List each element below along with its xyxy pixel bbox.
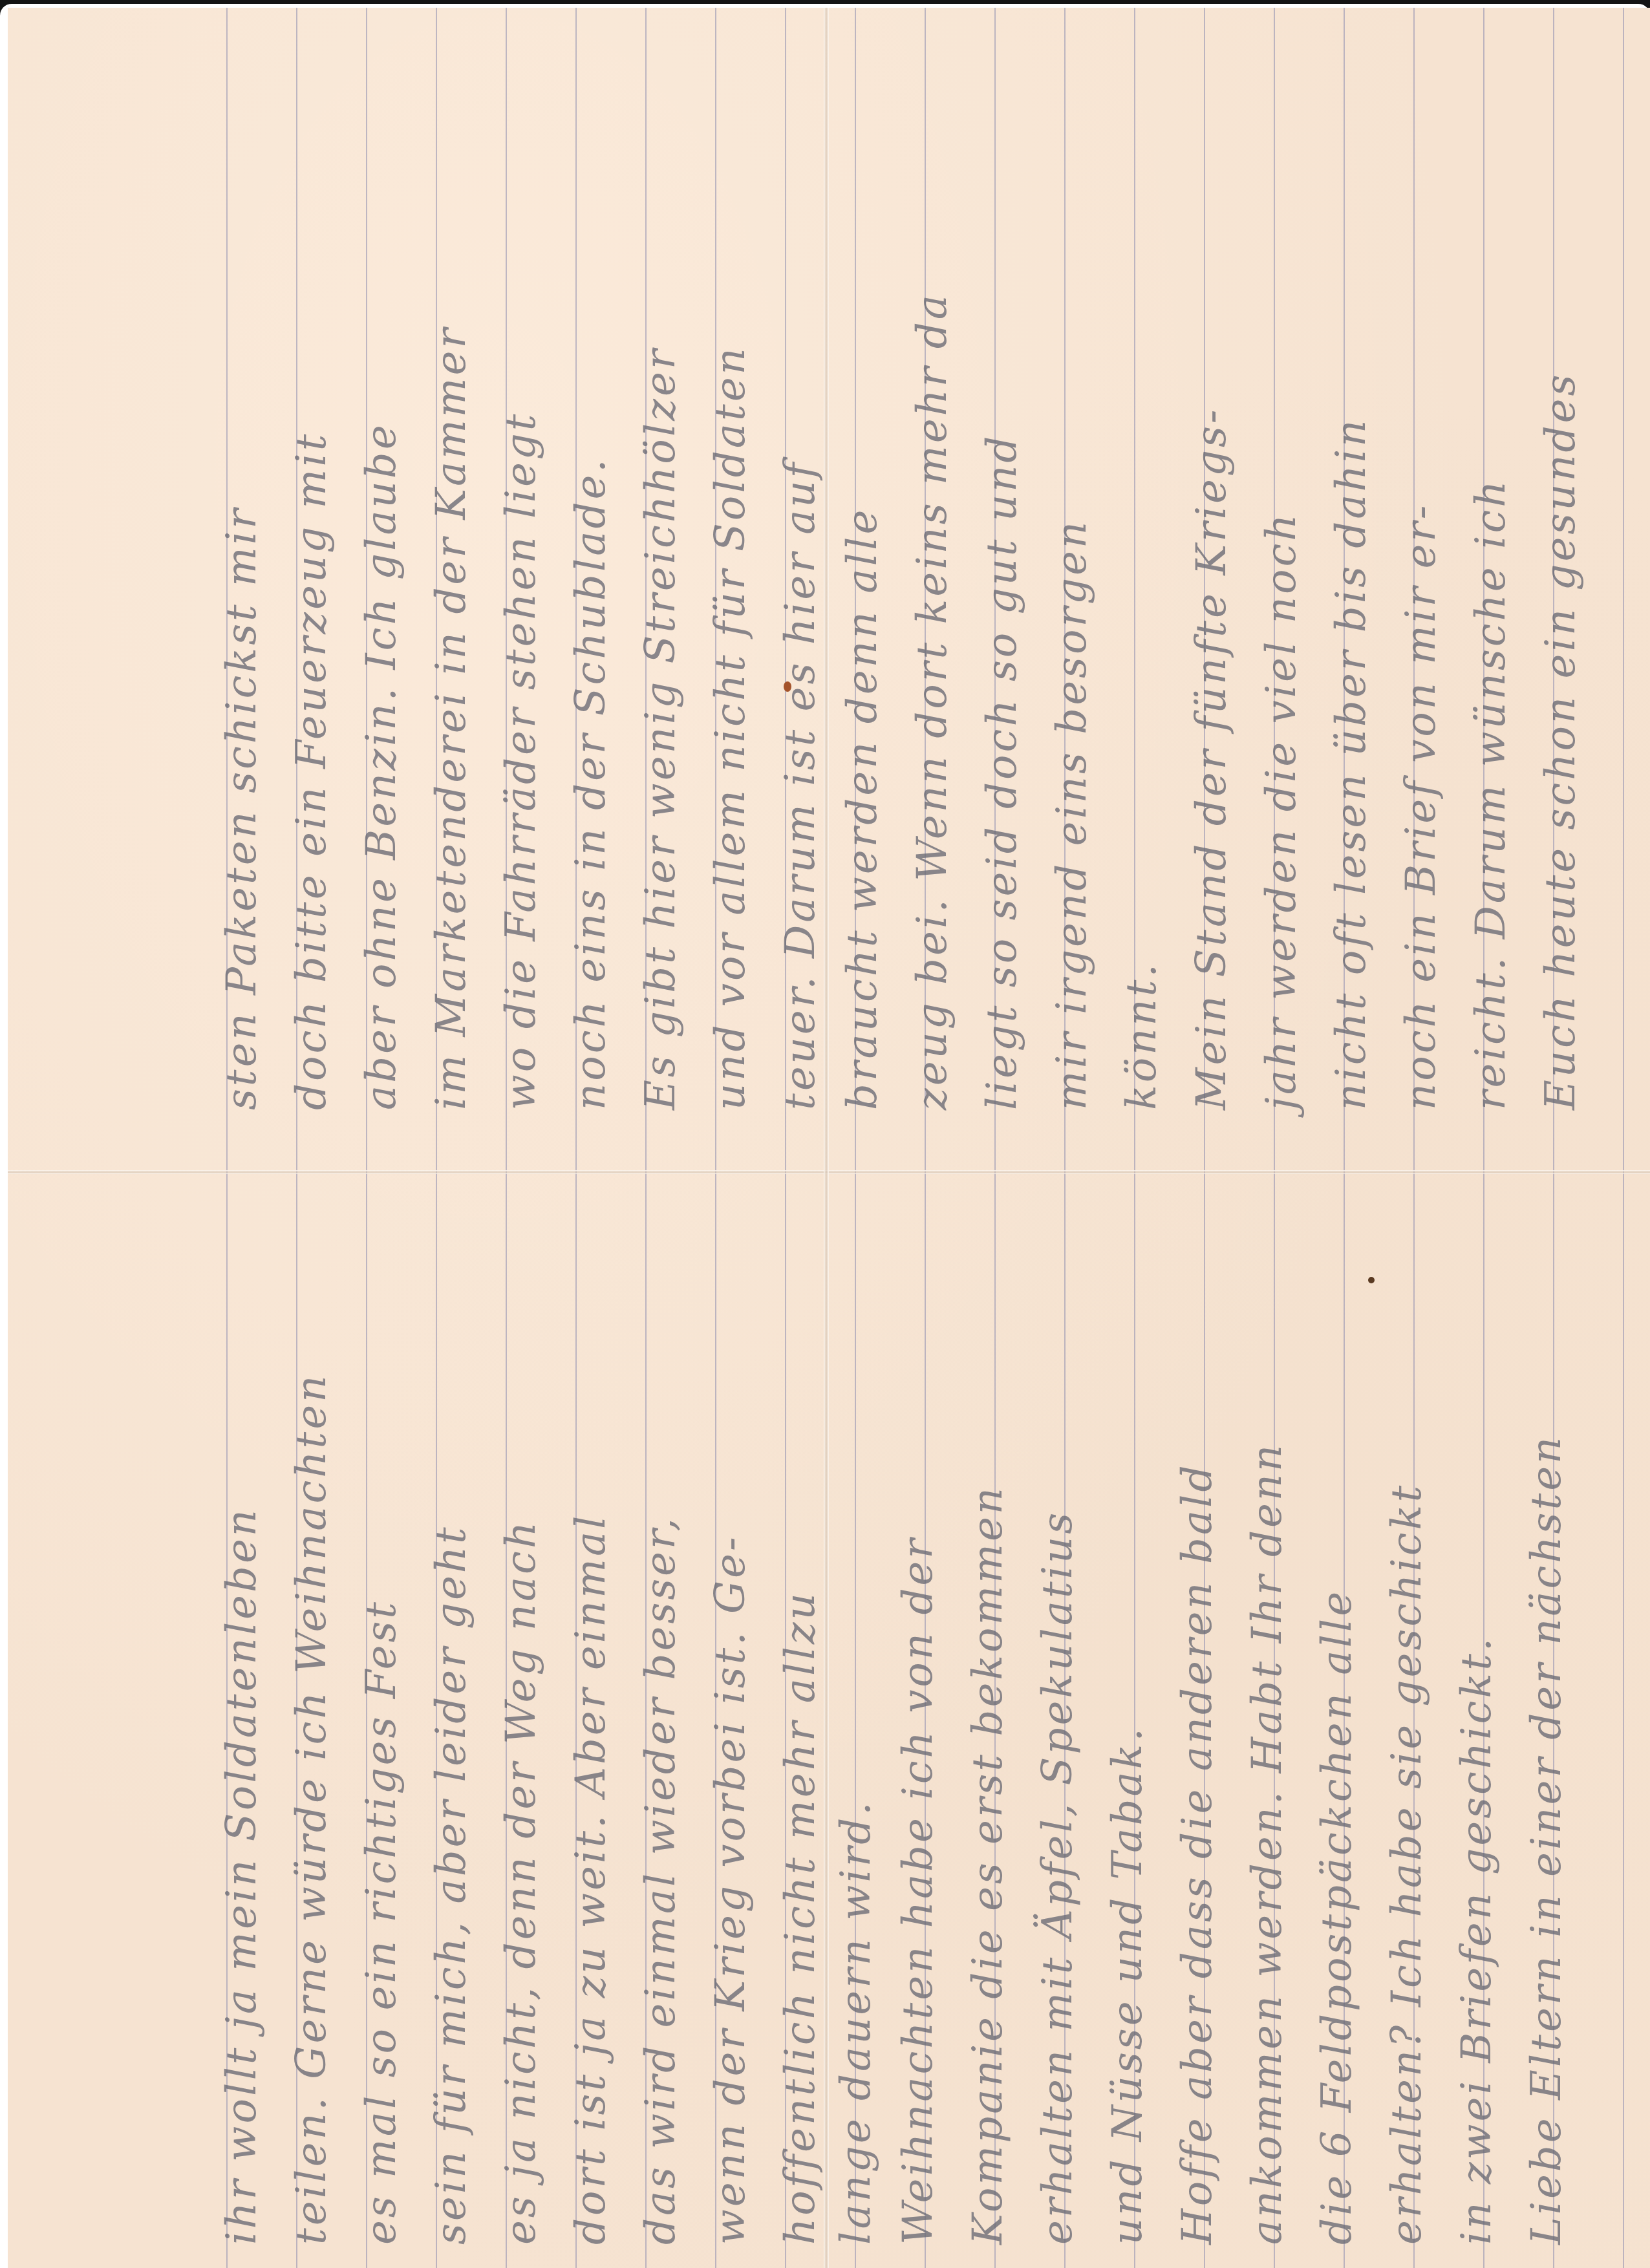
handwritten-line: im Marketenderei in der Kammer — [431, 326, 472, 1110]
handwritten-line: Weihnachten habe ich von der — [897, 1536, 939, 2245]
handwritten-line: sten Paketen schickst mir — [221, 506, 262, 1110]
handwritten-line: Hoffe aber dass die anderen bald — [1177, 1463, 1218, 2245]
handwritten-line: noch ein Brief von mir er- — [1400, 503, 1442, 1111]
handwritten-line: Es gibt hier wenig Streichhölzer — [640, 347, 681, 1111]
handwritten-line: in zwei Briefen geschickt. — [1456, 1636, 1497, 2245]
handwritten-line: die 6 Feldpostpäckchen alle — [1316, 1589, 1358, 2245]
handwritten-line: lange dauern wird. — [835, 1799, 877, 2245]
ruled-line — [1623, 8, 1624, 2268]
handwritten-line: könnt. — [1121, 961, 1162, 1110]
letter-sheet: sten Paketen schickst mir doch bitte ein… — [8, 8, 1650, 2268]
handwritten-line: Mein Stand der fünfte Kriegs- — [1191, 407, 1232, 1110]
handwritten-line: erhalten mit Äpfel, Spekulatius — [1037, 1510, 1078, 2245]
vertical-fold-crease — [824, 8, 829, 2268]
handwritten-line: reicht. Darum wünsche ich — [1470, 478, 1512, 1110]
handwritten-line: dort ist ja zu weit. Aber einmal — [570, 1513, 612, 2245]
handwritten-line: das wird einmal wieder besser, — [640, 1515, 681, 2245]
handwritten-line: teilen. Gerne würde ich Weihnachten — [291, 1373, 332, 2245]
handwritten-line: ihr wollt ja mein Soldatenleben — [221, 1507, 262, 2245]
handwritten-line: wo die Fahrräder stehen liegt — [500, 412, 542, 1110]
handwritten-line: sein für mich, aber leider geht — [431, 1524, 472, 2245]
ink-dot — [1368, 1277, 1375, 1283]
handwritten-line: Kompanie die es erst bekommen — [967, 1485, 1009, 2245]
handwritten-line: noch eins in der Schublade. — [570, 456, 612, 1110]
handwritten-line: nicht oft lesen über bis dahin — [1331, 418, 1372, 1110]
handwritten-line: Euch heute schon ein gesundes — [1540, 372, 1581, 1110]
handwritten-line: liegt so seid doch so gut und — [981, 434, 1023, 1110]
handwritten-line: wenn der Krieg vorbei ist. Ge- — [710, 1534, 751, 2245]
handwritten-line: es ja nicht, denn der Weg nach — [500, 1519, 542, 2245]
handwritten-line: und vor allem nicht für Soldaten — [710, 345, 751, 1110]
handwritten-line: und Nüsse und Tabak. — [1107, 1726, 1148, 2245]
handwritten-line: doch bitte ein Feuerzeug mit — [291, 432, 332, 1110]
handwritten-line: jahr werden die viel noch — [1261, 511, 1302, 1110]
handwritten-line: hoffentlich nicht mehr allzu — [780, 1590, 821, 2245]
handwritten-line: ankommen werden. Habt Ihr denn — [1247, 1442, 1288, 2245]
handwritten-line: erhalten? Ich habe sie geschickt — [1386, 1483, 1428, 2245]
handwritten-line: es mal so ein richtiges Fest — [361, 1599, 402, 2245]
handwritten-line: mir irgend eins besorgen — [1051, 519, 1093, 1110]
handwritten-line: aber ohne Benzin. Ich glaube — [361, 422, 402, 1110]
handwritten-line: Liebe Eltern in einer der nächsten — [1526, 1435, 1567, 2245]
handwritten-line: braucht werden denn alle — [842, 508, 883, 1110]
horizontal-fold-crease — [8, 1170, 1650, 1174]
handwritten-line: zeug bei. Wenn dort keins mehr da — [912, 292, 953, 1110]
handwritten-line: teuer. Darum ist es hier auf — [780, 460, 821, 1110]
